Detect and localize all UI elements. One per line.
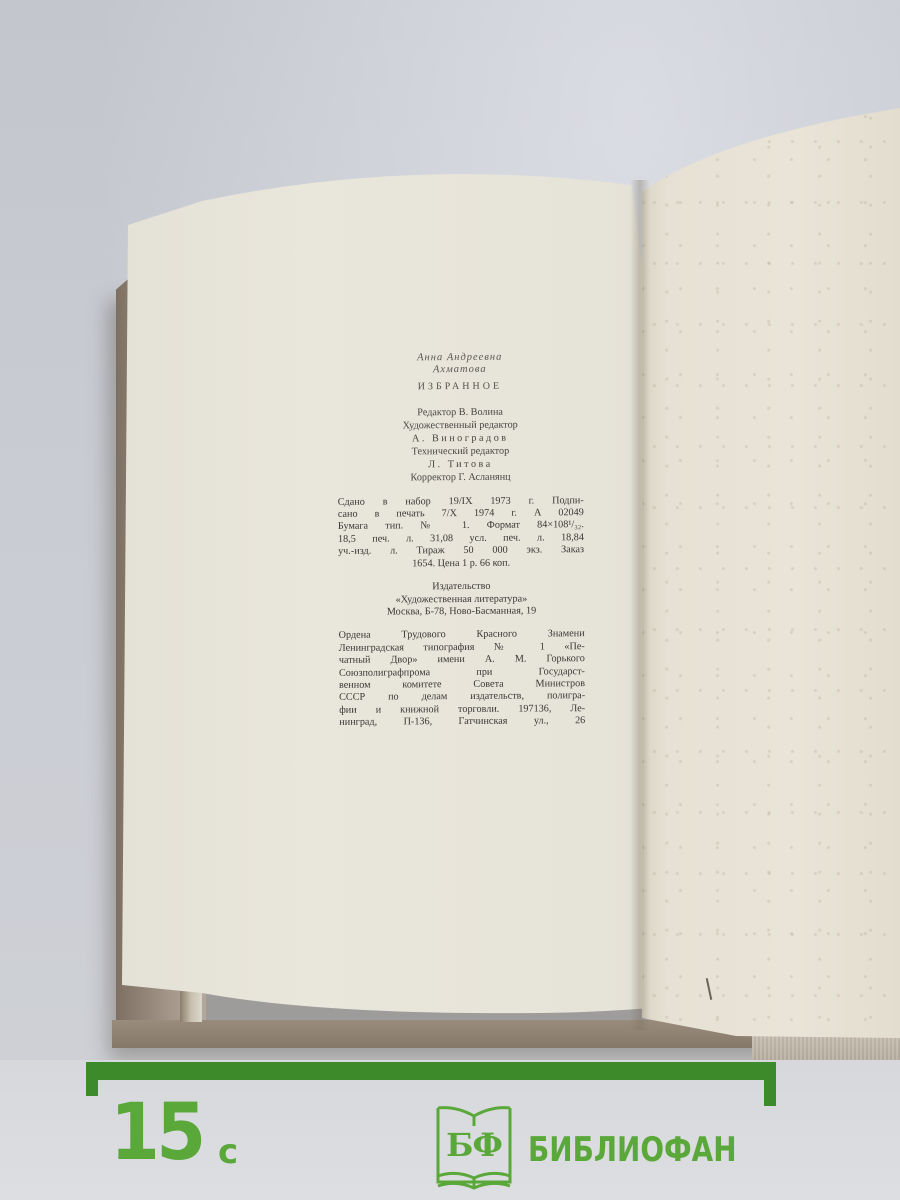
credit-line: А. Виноградов bbox=[337, 432, 583, 446]
credit-line: Редактор В. Волина bbox=[337, 406, 583, 420]
brand-name: БИБЛИОФАН bbox=[528, 1130, 737, 1170]
credit-line: Л. Титова bbox=[337, 458, 583, 472]
printer-line: нинград, П-136, Гатчинская ул., 26 bbox=[339, 715, 585, 729]
lot-number: 15 bbox=[110, 1088, 203, 1178]
bracket-left bbox=[86, 1062, 98, 1096]
bracket-top bbox=[88, 1062, 776, 1080]
author-surname: Ахматова bbox=[337, 364, 583, 378]
credit-line: Корректор Г. Асланянц bbox=[338, 471, 584, 485]
lot-suffix: с bbox=[218, 1132, 238, 1172]
publisher-info: Издательство «Художественная литература»… bbox=[338, 580, 584, 619]
credit-line: Художественный редактор bbox=[337, 419, 583, 433]
credit-line: Технический редактор bbox=[337, 445, 583, 459]
printer-line: чатный Двор» имени А. М. Горького bbox=[339, 653, 585, 667]
right-page bbox=[636, 108, 900, 1038]
print-data: Сдано в набор 19/IX 1973 г. Подпи- сано … bbox=[338, 495, 585, 571]
printer-info: Ордена Трудового Красного Знамени Ленинг… bbox=[339, 628, 586, 729]
book-cover-bottom bbox=[112, 1020, 772, 1048]
bracket-right bbox=[764, 1062, 776, 1106]
imprint-block: Анна Андреевна Ахматова ИЗБРАННОЕ Редакт… bbox=[337, 351, 586, 729]
print-data-line: уч.-изд. л. Тираж 50 000 экз. Заказ bbox=[338, 544, 584, 558]
photo-scene: Анна Андреевна Ахматова ИЗБРАННОЕ Редакт… bbox=[0, 0, 900, 1200]
book-title: ИЗБРАННОЕ bbox=[337, 380, 583, 394]
book-gutter bbox=[630, 180, 650, 1030]
credits-list: Редактор В. Волина Художественный редакт… bbox=[337, 406, 584, 485]
logo-letters: БФ bbox=[440, 1126, 508, 1164]
